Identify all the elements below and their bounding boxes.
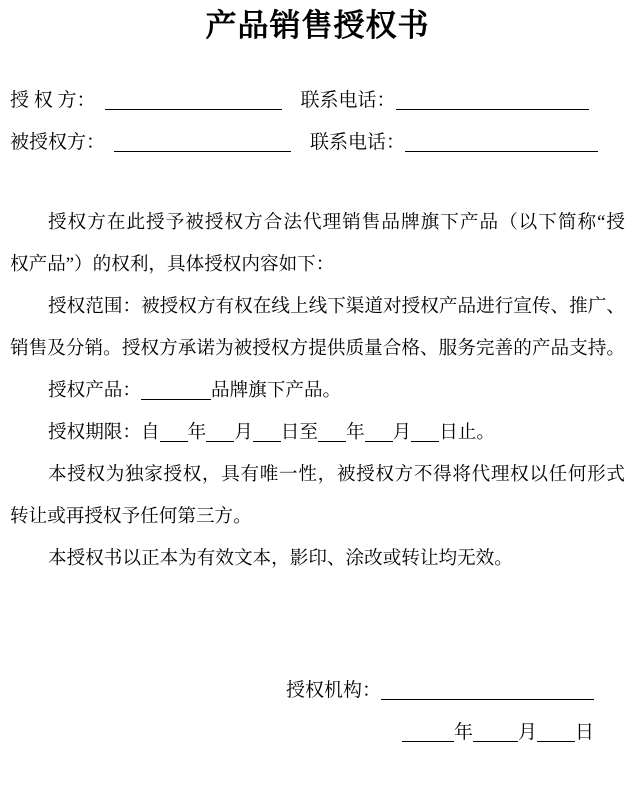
term-label: 授权期限：自 xyxy=(48,422,160,443)
intro-line-2: 权产品”）的权利，具体授权内容如下： xyxy=(10,244,625,286)
signature-section: 授权机构： 年月日 xyxy=(10,670,625,754)
authorized-party-label: 被授权方： xyxy=(10,132,105,153)
end-day-field[interactable] xyxy=(411,419,439,442)
product-suffix-label: 品牌旗下产品。 xyxy=(211,380,341,401)
product-label: 授权产品： xyxy=(48,380,141,401)
day-to-label: 日至 xyxy=(281,422,318,443)
organization-line: 授权机构： xyxy=(10,670,594,712)
year-label: 年 xyxy=(454,722,473,743)
day-label: 日 xyxy=(575,722,594,743)
scope-line-2: 销售及分销。授权方承诺为被授权方提供质量合格、服务完善的产品支持。 xyxy=(10,328,625,370)
intro-line-1: 授权方在此授予被授权方合法代理销售品牌旗下产品（以下简称“授 xyxy=(10,202,625,244)
scope-line-1: 授权范围：被授权方有权在线上线下渠道对授权产品进行宣传、推广、 xyxy=(10,286,625,328)
organization-name-field[interactable] xyxy=(381,677,594,700)
term-line: 授权期限：自年月日至年月日止。 xyxy=(10,412,625,454)
validity-line: 本授权书以正本为有效文本，影印、涂改或转让均无效。 xyxy=(10,538,625,580)
brand-name-field[interactable] xyxy=(141,377,211,400)
authorizer-row: 授 权 方：联系电话： xyxy=(10,80,625,122)
end-month-label: 月 xyxy=(393,422,412,443)
page-title: 产品销售授权书 xyxy=(10,6,625,46)
start-year-label: 年 xyxy=(188,422,207,443)
day-end-label: 日止。 xyxy=(439,422,495,443)
date-line: 年月日 xyxy=(10,712,594,754)
product-line: 授权产品：品牌旗下产品。 xyxy=(10,370,625,412)
start-month-field[interactable] xyxy=(206,419,234,442)
terms-section: 授权方在此授予被授权方合法代理销售品牌旗下产品（以下简称“授 权产品”）的权利，… xyxy=(10,202,625,580)
document-page: 产品销售授权书 授 权 方：联系电话： 被授权方：联系电话： 授权方在此授予被授… xyxy=(0,0,636,809)
start-year-field[interactable] xyxy=(160,419,188,442)
month-label: 月 xyxy=(518,722,537,743)
exclusive-line-2: 转让或再授权予任何第三方。 xyxy=(10,496,625,538)
authorizer-label: 授 权 方： xyxy=(10,90,96,111)
authorized-party-row: 被授权方：联系电话： xyxy=(10,122,625,164)
end-year-label: 年 xyxy=(346,422,365,443)
authorized-party-phone-field[interactable] xyxy=(405,129,598,152)
sign-day-field[interactable] xyxy=(537,719,575,742)
end-month-field[interactable] xyxy=(365,419,393,442)
start-month-label: 月 xyxy=(234,422,253,443)
organization-label: 授权机构： xyxy=(286,680,381,701)
sign-year-field[interactable] xyxy=(402,719,454,742)
exclusive-line-1: 本授权为独家授权，具有唯一性，被授权方不得将代理权以任何形式 xyxy=(10,454,625,496)
authorizer-name-field[interactable] xyxy=(105,87,282,110)
start-day-field[interactable] xyxy=(253,419,281,442)
authorized-party-phone-label: 联系电话： xyxy=(310,132,405,153)
sign-month-field[interactable] xyxy=(473,719,518,742)
parties-section: 授 权 方：联系电话： 被授权方：联系电话： xyxy=(10,80,625,164)
authorizer-phone-field[interactable] xyxy=(396,87,589,110)
end-year-field[interactable] xyxy=(318,419,346,442)
authorized-party-name-field[interactable] xyxy=(114,129,291,152)
authorizer-phone-label: 联系电话： xyxy=(301,90,396,111)
